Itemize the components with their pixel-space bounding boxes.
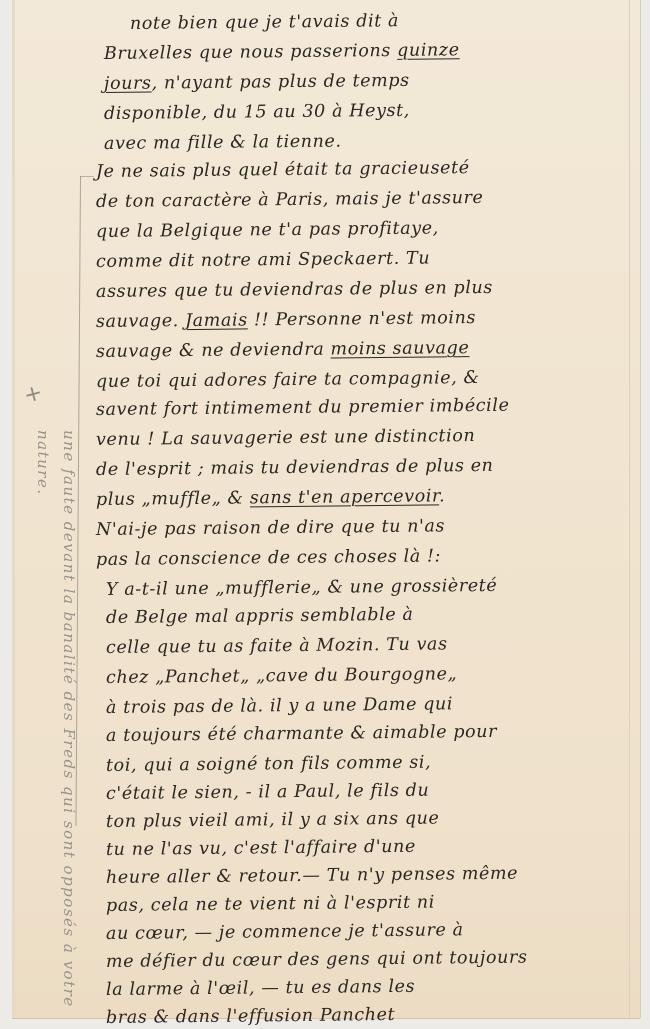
handwritten-line: avec ma fille & la tienne. bbox=[104, 132, 342, 154]
handwritten-line: comme dit notre ami Speckaert. Tu bbox=[96, 249, 430, 272]
underlined-phrase: Jamais bbox=[185, 310, 248, 331]
pencil-marginal-note: une faute devant la banalité des Freds q… bbox=[30, 430, 82, 1018]
handwritten-line: savent fort intimement du premier imbéci… bbox=[96, 396, 510, 420]
handwritten-line: toi, qui a soigné ton fils comme si, bbox=[106, 753, 431, 776]
underlined-phrase: quinze bbox=[397, 40, 460, 61]
handwritten-line: que toi qui adores faire ta compagnie, & bbox=[96, 368, 480, 392]
handwritten-line: note bien que je t'avais dit à bbox=[130, 11, 399, 34]
handwritten-line: celle que tu as faite à Mozin. Tu vas bbox=[106, 634, 448, 658]
handwritten-line: la larme à l'œil, — tu es dans les bbox=[106, 977, 415, 1000]
underlined-phrase: moins sauvage bbox=[330, 338, 469, 359]
letter-page: + une faute devant la banalité des Freds… bbox=[12, 0, 640, 1018]
handwritten-line: pas la conscience de ces choses là !: bbox=[96, 546, 441, 570]
handwritten-line: tu ne l'as vu, c'est l'affaire d'une bbox=[106, 837, 416, 860]
handwritten-line: sauvage & ne deviendra moins sauvage bbox=[96, 338, 470, 362]
handwritten-line: pas, cela ne te vient ni à l'esprit ni bbox=[106, 893, 435, 916]
handwritten-line: venu ! La sauvagerie est une distinction bbox=[96, 426, 476, 450]
handwritten-line: heure aller & retour.— Tu n'y penses mêm… bbox=[106, 864, 518, 888]
handwritten-line: plus „muffle„ & sans t'en apercevoir. bbox=[96, 486, 445, 510]
pencil-cross-mark: + bbox=[21, 380, 45, 409]
handwritten-line: de ton caractère à Paris, mais je t'assu… bbox=[96, 188, 484, 212]
handwritten-line: Y a-t-il une „mufflerie„ & une grossière… bbox=[106, 576, 498, 600]
handwritten-line: disponible, du 15 au 30 à Heyst, bbox=[104, 101, 410, 124]
handwritten-line: ton plus vieil ami, il y a six ans que bbox=[106, 809, 440, 832]
handwritten-line: Je ne sais plus quel était ta gracieuset… bbox=[96, 158, 470, 182]
handwritten-line: bras & dans l'effusion Panchet bbox=[106, 1005, 395, 1028]
handwritten-line: Bruxelles que nous passerions quinze bbox=[104, 40, 460, 64]
handwritten-line: chez „Panchet„ „cave du Bourgogne„ bbox=[106, 664, 457, 688]
page-edge bbox=[629, 0, 630, 1018]
handwritten-line: assures que tu deviendras de plus en plu… bbox=[96, 278, 493, 302]
handwritten-line: sauvage. Jamais !! Personne n'est moins bbox=[96, 308, 476, 332]
handwritten-line: de Belge mal appris semblable à bbox=[106, 605, 414, 628]
handwritten-line: à trois pas de là. il y a une Dame qui bbox=[106, 694, 453, 718]
handwritten-line: au cœur, — je commence je t'assure à bbox=[106, 920, 464, 944]
underlined-phrase: jours bbox=[104, 74, 152, 94]
underlined-phrase: sans t'en apercevoir bbox=[250, 486, 439, 508]
handwritten-line: me défier du cœur des gens qui ont toujo… bbox=[106, 948, 528, 972]
handwritten-line: que la Belgique ne t'a pas profitaye, bbox=[96, 218, 439, 242]
handwritten-line: a toujours été charmante & aimable pour bbox=[106, 722, 497, 746]
handwritten-line: c'était le sien, - il a Paul, le fils du bbox=[106, 781, 430, 804]
margin-bracket bbox=[80, 176, 94, 177]
handwritten-line: de l'esprit ; mais tu deviendras de plus… bbox=[96, 456, 494, 480]
handwritten-line: jours, n'ayant pas plus de temps bbox=[104, 71, 410, 94]
handwritten-line: N'ai-je pas raison de dire que tu n'as bbox=[96, 516, 445, 540]
